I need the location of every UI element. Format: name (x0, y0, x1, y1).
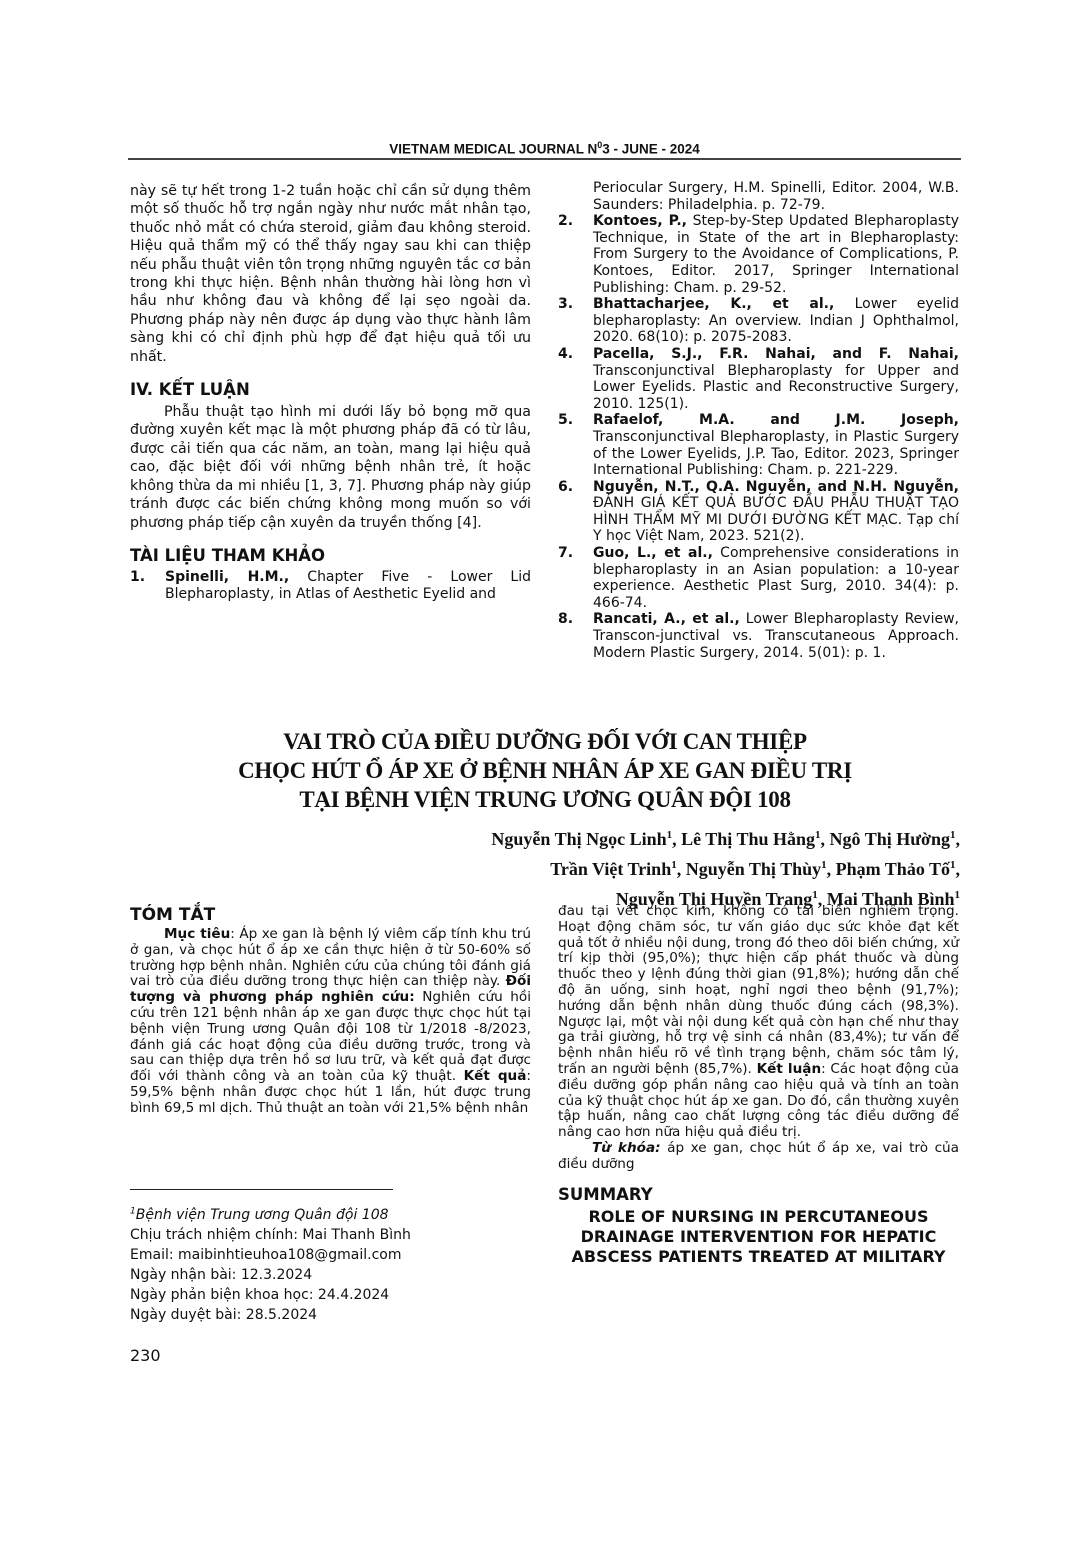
reference-authors: Spinelli, H.M., (165, 569, 289, 585)
title-line: TẠI BỆNH VIỆN TRUNG ƯƠNG QUÂN ĐỘI 108 (150, 785, 940, 814)
reference-item: 8. Rancati, A., et al., Lower Blepharopl… (558, 611, 959, 661)
objective-label: Mục tiêu (164, 926, 230, 942)
author-name: Lê Thị Thu Hằng (681, 829, 815, 849)
conclusion-label: Kết luận (757, 1061, 822, 1077)
received-date: Ngày nhận bài: 12.3.2024 (130, 1265, 530, 1285)
reference-number: 3. (558, 296, 593, 346)
reference-authors: Rancati, A., et al., (593, 611, 740, 627)
reference-text: Transconjunctival Blepharoplasty for Upp… (593, 363, 959, 412)
results-label: Kết quả (464, 1068, 527, 1084)
reference-item: 5. Rafaelof, M.A. and J.M. Joseph, Trans… (558, 412, 959, 478)
author-name: Ngô Thị Hường (830, 829, 950, 849)
footnote-rule (130, 1189, 393, 1190)
running-header: VIETNAM MEDICAL JOURNAL N03 - JUNE - 202… (128, 140, 961, 157)
reference-authors: Kontoes, P., (593, 213, 687, 229)
accepted-date: Ngày duyệt bài: 28.5.2024 (130, 1305, 530, 1325)
reference-number: 8. (558, 611, 593, 661)
reference-number: 6. (558, 479, 593, 545)
reference-authors: Pacella, S.J., F.R. Nahai, and F. Nahai, (593, 346, 959, 362)
reference-item: 4. Pacella, S.J., F.R. Nahai, and F. Nah… (558, 346, 959, 412)
reference-authors: Nguyễn, N.T., Q.A. Nguyễn, and N.H. Nguy… (593, 479, 959, 495)
reference-number: 7. (558, 545, 593, 611)
author-name: Nguyễn Thị Ngọc Linh (491, 829, 666, 849)
reference-item: 1. Spinelli, H.M., Chapter Five - Lower … (130, 569, 531, 602)
email: Email: maibinhtieuhoa108@gmail.com (130, 1245, 530, 1265)
review-date: Ngày phản biện khoa học: 24.4.2024 (130, 1285, 530, 1305)
issue-date: 3 - JUNE - 2024 (602, 142, 700, 157)
references-heading: TÀI LIỆU THAM KHẢO (130, 546, 531, 566)
article-title: VAI TRÒ CỦA ĐIỀU DƯỠNG ĐỐI VỚI CAN THIỆP… (150, 727, 940, 814)
page-number: 230 (130, 1346, 161, 1365)
summary-title-line: ABSCESS PATIENTS TREATED AT MILITARY (558, 1247, 959, 1267)
reference-number: 5. (558, 412, 593, 478)
summary-title-line: DRAINAGE INTERVENTION FOR HEPATIC (558, 1227, 959, 1247)
author-name: Trần Việt Trinh (550, 859, 671, 879)
conclusion-heading: IV. KẾT LUẬN (130, 380, 531, 400)
title-line: VAI TRÒ CỦA ĐIỀU DƯỠNG ĐỐI VỚI CAN THIỆP (150, 727, 940, 756)
reference-text: Transconjunctival Blepharoplasty, in Pla… (593, 429, 959, 478)
footnote: 1Bệnh viện Trung ương Quân đội 108 Chịu … (130, 1201, 530, 1325)
abstract-text: Mục tiêu: Áp xe gan là bệnh lý viêm cấp … (130, 927, 531, 1117)
abstract-text-continued: đau tại vết chọc kim, không có tai biến … (558, 904, 959, 1141)
reference-authors: Rafaelof, M.A. and J.M. Joseph, (593, 412, 959, 428)
left-column-top: này sẽ tự hết trong 1-2 tuần hoặc chỉ cầ… (130, 182, 531, 602)
title-line: CHỌC HÚT Ổ ÁP XE Ở BỆNH NHÂN ÁP XE GAN Đ… (150, 756, 940, 785)
affiliation: Bệnh viện Trung ương Quân đội 108 (136, 1207, 389, 1223)
author-list: Nguyễn Thị Ngọc Linh1, Lê Thị Thu Hằng1,… (260, 822, 960, 912)
reference-number: 1. (130, 569, 165, 602)
reference-item: 3. Bhattacharjee, K., et al., Lower eyel… (558, 296, 959, 346)
reference-item: 7. Guo, L., et al., Comprehensive consid… (558, 545, 959, 611)
summary-heading: SUMMARY (558, 1185, 959, 1205)
reference-item: Periocular Surgery, H.M. Spinelli, Edito… (558, 180, 959, 213)
reference-text: Periocular Surgery, H.M. Spinelli, Edito… (593, 180, 959, 213)
conclusion-text: Phẫu thuật tạo hình mi dưới lấy bỏ bọng … (130, 403, 531, 532)
reference-item: 6. Nguyễn, N.T., Q.A. Nguyễn, and N.H. N… (558, 479, 959, 545)
reference-number: 2. (558, 213, 593, 296)
abstract-right-column: đau tại vết chọc kim, không có tai biến … (558, 904, 959, 1267)
keywords: Từ khóa: áp xe gan, chọc hút ổ áp xe, va… (558, 1141, 959, 1173)
header-rule (128, 158, 961, 160)
reference-item: 2. Kontoes, P., Step-by-Step Updated Ble… (558, 213, 959, 296)
abstract-left-column: TÓM TẮT Mục tiêu: Áp xe gan là bệnh lý v… (130, 905, 531, 1117)
keywords-label: Từ khóa: (592, 1140, 661, 1156)
author-name: Nguyễn Thị Thùy (686, 859, 821, 879)
journal-name: VIETNAM MEDICAL JOURNAL N (389, 142, 597, 157)
reference-authors: Bhattacharjee, K., et al., (593, 296, 834, 312)
reference-number: 4. (558, 346, 593, 412)
right-column-top: Periocular Surgery, H.M. Spinelli, Edito… (558, 180, 959, 661)
summary-title-line: ROLE OF NURSING IN PERCUTANEOUS (558, 1207, 959, 1227)
abstract-heading: TÓM TẮT (130, 905, 531, 925)
discussion-continuation: này sẽ tự hết trong 1-2 tuần hoặc chỉ cầ… (130, 182, 531, 366)
author-name: Phạm Thảo Tố (836, 859, 950, 879)
reference-authors: Guo, L., et al., (593, 545, 713, 561)
reference-text: ĐÁNH GIÁ KẾT QUẢ BƯỚC ĐẦU PHẪU THUẬT TẠO… (593, 495, 959, 544)
corresponding-author: Chịu trách nhiệm chính: Mai Thanh Bình (130, 1225, 530, 1245)
